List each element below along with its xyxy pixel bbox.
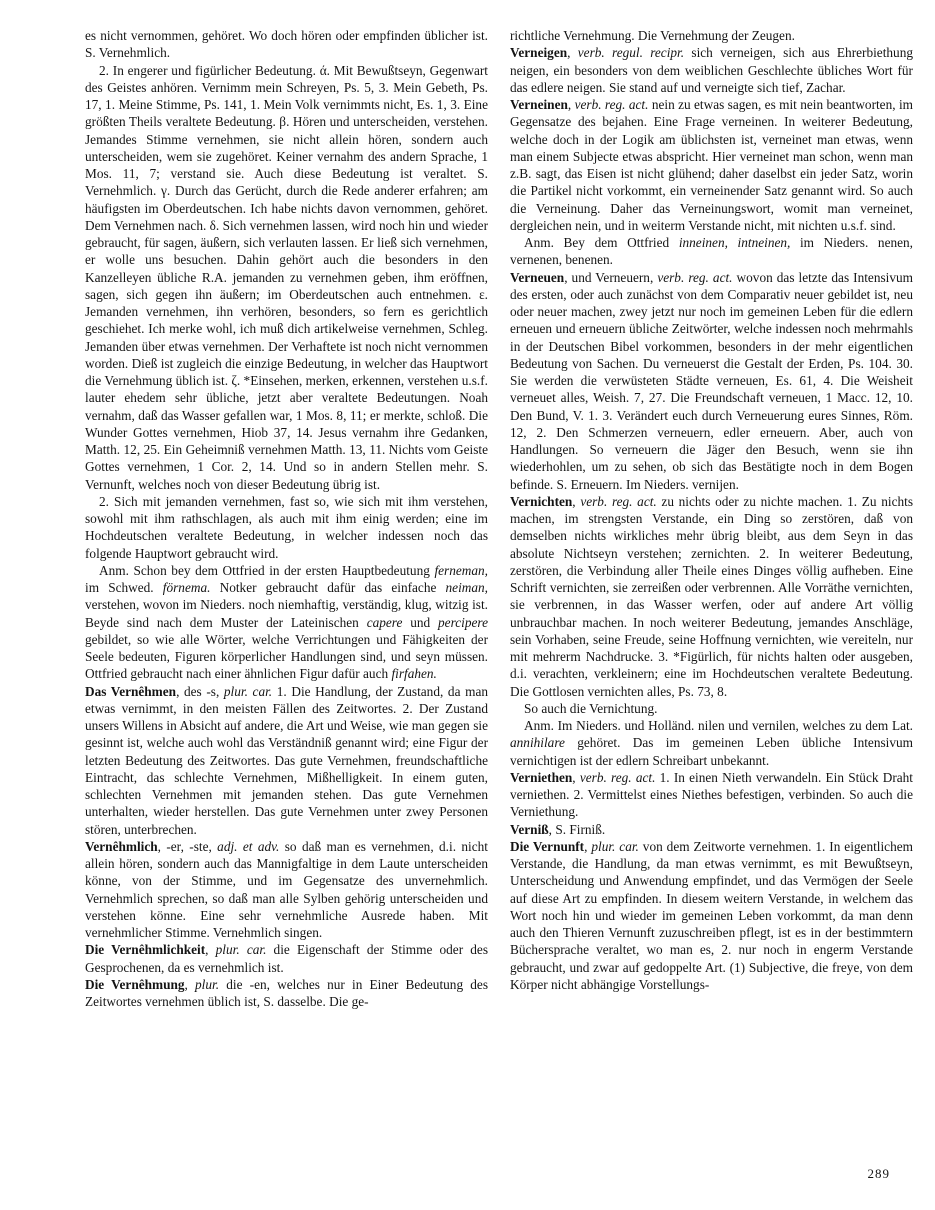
text-segment: , <box>572 770 580 785</box>
text-segment: Notker gebraucht dafür das einfache <box>210 580 445 595</box>
text-segment: , -er, -ste, <box>158 839 218 854</box>
paragraph: Vernichten, verb. reg. act. zu nichts od… <box>510 493 913 700</box>
text-segment: Anm. Bey dem Ottfried <box>524 235 679 250</box>
text-segment: 1. Die Handlung, der Zustand, da man etw… <box>85 684 488 837</box>
headword: Verniß <box>510 822 549 837</box>
paragraph: Die Vernêhmlichkeit, plur. car. die Eige… <box>85 941 488 976</box>
headword: Verneigen <box>510 45 567 60</box>
paragraph: Vernêhmlich, -er, -ste, adj. et adv. so … <box>85 838 488 942</box>
headword: Verneinen <box>510 97 568 112</box>
text-column-right: richtliche Vernehmung. Die Vernehmung de… <box>510 27 913 1167</box>
paragraph: Anm. Schon bey dem Ottfried in der erste… <box>85 562 488 683</box>
text-segment: neiman, <box>446 580 488 595</box>
text-segment: förnema. <box>163 580 211 595</box>
paragraph: So auch die Vernichtung. <box>510 700 913 717</box>
paragraph: Verneinen, verb. reg. act. nein zu etwas… <box>510 96 913 234</box>
text-segment: im Schwed. <box>85 580 163 595</box>
headword: Verneuen <box>510 270 564 285</box>
page-number: 289 <box>868 1166 891 1182</box>
paragraph: Verneigen, verb. regul. recipr. sich ver… <box>510 44 913 96</box>
paragraph: Das Vernêhmen, des -s, plur. car. 1. Die… <box>85 683 488 838</box>
text-segment: 2. Sich mit jemanden vernehmen, fast so,… <box>85 494 488 561</box>
text-segment: percipere <box>438 615 488 630</box>
paragraph: 2. In engerer und figürlicher Bedeutung.… <box>85 62 488 493</box>
text-segment: gehöret. Das im gemeinen Leben übliche I… <box>510 735 913 767</box>
headword: Vernêhmlich <box>85 839 158 854</box>
text-segment: , <box>185 977 196 992</box>
text-segment: plur. car. <box>224 684 272 699</box>
paragraph: Anm. Bey dem Ottfried inneinen, intneine… <box>510 234 913 269</box>
text-segment: firfahen. <box>391 666 436 681</box>
document-page: es nicht vernommen, gehöret. Wo doch hör… <box>0 0 935 1210</box>
text-segment: Anm. Im Nieders. und Holländ. nilen und … <box>524 718 913 733</box>
paragraph: Verniß, S. Firniß. <box>510 821 913 838</box>
paragraph: richtliche Vernehmung. Die Vernehmung de… <box>510 27 913 44</box>
text-segment: capere <box>367 615 403 630</box>
paragraph: Die Vernêhmung, plur. die -en, welches n… <box>85 976 488 1011</box>
text-segment: , des -s, <box>176 684 224 699</box>
text-segment: verb. regul. recipr. <box>578 45 684 60</box>
text-segment: So auch die Vernichtung. <box>524 701 657 716</box>
paragraph: Verneuen, und Verneuern, verb. reg. act.… <box>510 269 913 493</box>
text-segment: richtliche Vernehmung. Die Vernehmung de… <box>510 28 795 43</box>
text-segment: , <box>567 45 578 60</box>
text-segment: verb. reg. act. <box>580 494 656 509</box>
text-segment: zu nichts oder zu nichte machen. 1. Zu n… <box>510 494 913 699</box>
text-segment: inneinen, intneinen, <box>679 235 791 250</box>
paragraph: Anm. Im Nieders. und Holländ. nilen und … <box>510 717 913 769</box>
headword: Verniethen <box>510 770 572 785</box>
text-segment: verb. reg. act. <box>575 97 649 112</box>
paragraph: Die Vernunft, plur. car. von dem Zeitwor… <box>510 838 913 993</box>
text-segment: , <box>568 97 575 112</box>
text-segment: , und Verneuern, <box>564 270 657 285</box>
text-segment: plur. car. <box>216 942 267 957</box>
text-segment: wovon das letzte das Intensivum des erst… <box>510 270 913 492</box>
text-segment: plur. <box>195 977 219 992</box>
text-segment: und <box>402 615 438 630</box>
text-column-left: es nicht vernommen, gehöret. Wo doch hör… <box>85 27 488 1167</box>
headword: Die Vernunft <box>510 839 584 854</box>
paragraph: 2. Sich mit jemanden vernehmen, fast so,… <box>85 493 488 562</box>
text-segment: verb. reg. act. <box>580 770 656 785</box>
text-segment: annihilare <box>510 735 565 750</box>
headword: Das Vernêhmen <box>85 684 176 699</box>
text-segment: 2. In engerer und figürlicher Bedeutung.… <box>85 63 488 492</box>
text-segment: verb. reg. act. <box>657 270 732 285</box>
paragraph: Verniethen, verb. reg. act. 1. In einen … <box>510 769 913 821</box>
text-segment: es nicht vernommen, gehöret. Wo doch hör… <box>85 28 488 60</box>
text-segment: von dem Zeitworte vernehmen. 1. In eigen… <box>510 839 913 992</box>
text-segment: , <box>205 942 215 957</box>
paragraph: es nicht vernommen, gehöret. Wo doch hör… <box>85 27 488 62</box>
headword: Die Vernêhmlichkeit <box>85 942 205 957</box>
headword: Die Vernêhmung <box>85 977 185 992</box>
text-segment: nein zu etwas sagen, es mit nein beantwo… <box>510 97 913 233</box>
text-segment: Anm. Schon bey dem Ottfried in der erste… <box>99 563 434 578</box>
text-segment: ferneman, <box>434 563 488 578</box>
text-segment: plur. car. <box>591 839 639 854</box>
text-segment: , S. Firniß. <box>549 822 606 837</box>
text-segment: adj. et adv. <box>217 839 279 854</box>
headword: Vernichten <box>510 494 572 509</box>
